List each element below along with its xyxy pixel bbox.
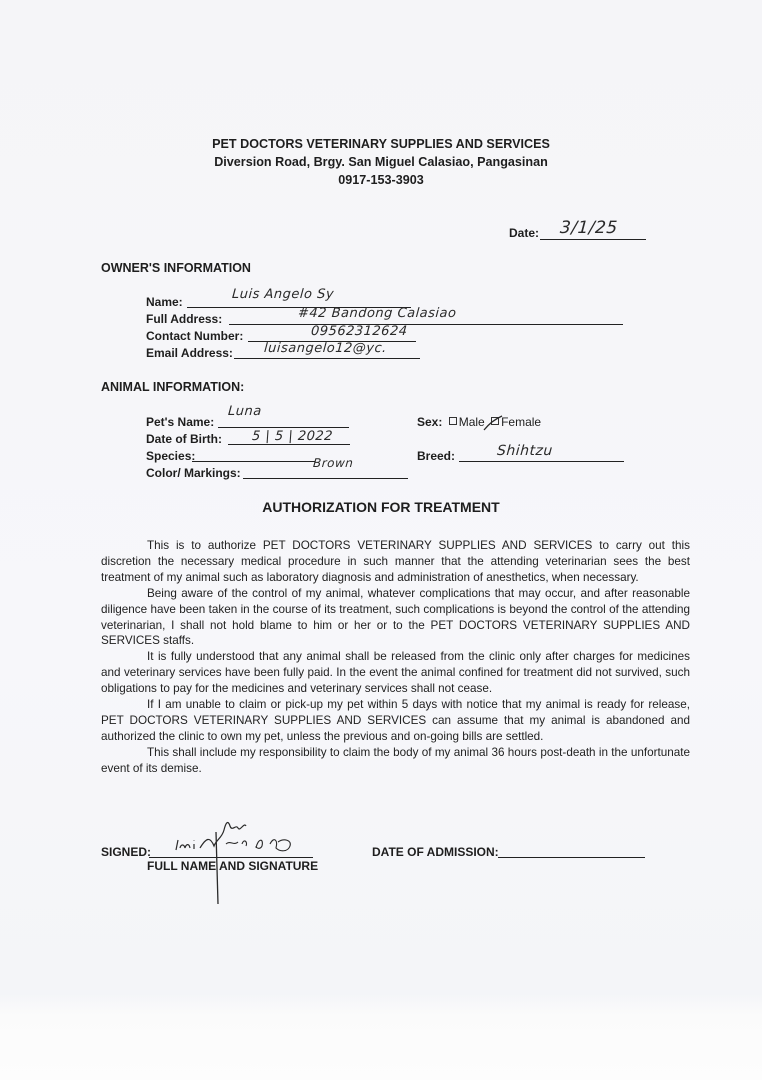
authorization-paragraph: If I am unable to claim or pick-up my pe… bbox=[101, 697, 690, 745]
authorization-body: This is to authorize PET DOCTORS VETERIN… bbox=[101, 538, 690, 777]
species-label: Species: bbox=[146, 449, 195, 463]
contact-number-label: Contact Number: bbox=[146, 329, 243, 343]
owner-address-field[interactable]: #42 Bandong Calasiao bbox=[297, 306, 457, 321]
signature-scribble-icon[interactable] bbox=[170, 818, 320, 906]
breed-line bbox=[459, 461, 624, 462]
color-markings-label: Color/ Markings: bbox=[146, 466, 241, 480]
date-of-admission-line bbox=[498, 857, 645, 858]
sex-field: Sex: Male Female bbox=[417, 415, 541, 429]
date-of-birth-line bbox=[228, 444, 350, 445]
pet-name-line bbox=[218, 427, 349, 428]
authorization-title: AUTHORIZATION FOR TREATMENT bbox=[0, 499, 762, 515]
authorization-paragraph: It is fully understood that any animal s… bbox=[101, 649, 690, 697]
authorization-paragraph: This is to authorize PET DOCTORS VETERIN… bbox=[101, 538, 690, 586]
color-markings-field[interactable]: Brown bbox=[313, 456, 354, 470]
breed-label: Breed: bbox=[417, 449, 455, 463]
owner-address-line bbox=[229, 324, 623, 325]
female-check-mark-icon bbox=[482, 414, 504, 432]
date-of-admission-label: DATE OF ADMISSION: bbox=[372, 845, 499, 859]
date-label: Date: bbox=[509, 226, 539, 240]
owner-name-field[interactable]: Luis Angelo Sy bbox=[231, 287, 334, 302]
contact-number-field[interactable]: 09562312624 bbox=[310, 324, 408, 339]
email-line bbox=[234, 358, 420, 359]
animal-section-title: ANIMAL INFORMATION: bbox=[101, 380, 244, 394]
signed-label: SIGNED: bbox=[101, 845, 151, 859]
owner-section-title: OWNER'S INFORMATION bbox=[101, 261, 251, 275]
email-field[interactable]: luisangelo12@yc. bbox=[263, 341, 387, 356]
date-value[interactable]: 3/1/25 bbox=[559, 218, 618, 238]
breed-field[interactable]: Shihtzu bbox=[496, 443, 553, 459]
business-name: PET DOCTORS VETERINARY SUPPLIES AND SERV… bbox=[0, 136, 762, 154]
sex-female-label: Female bbox=[501, 415, 541, 429]
sex-label: Sex: bbox=[417, 415, 442, 429]
email-label: Email Address: bbox=[146, 346, 233, 360]
treatment-authorization-form: PET DOCTORS VETERINARY SUPPLIES AND SERV… bbox=[0, 0, 762, 1080]
owner-name-label: Name: bbox=[146, 295, 183, 309]
species-line bbox=[192, 461, 315, 462]
date-of-birth-label: Date of Birth: bbox=[146, 432, 222, 446]
pet-name-field[interactable]: Luna bbox=[227, 404, 262, 419]
business-address: Diversion Road, Brgy. San Miguel Calasia… bbox=[0, 154, 762, 172]
date-of-birth-field[interactable]: 5 | 5 | 2022 bbox=[251, 429, 333, 444]
business-phone: 0917-153-3903 bbox=[0, 172, 762, 190]
sex-male-checkbox[interactable] bbox=[449, 417, 457, 425]
pet-name-label: Pet's Name: bbox=[146, 415, 214, 429]
authorization-paragraph: This shall include my responsibility to … bbox=[101, 745, 690, 777]
owner-address-label: Full Address: bbox=[146, 312, 222, 326]
authorization-paragraph: Being aware of the control of my animal,… bbox=[101, 586, 690, 650]
color-markings-line bbox=[243, 478, 408, 479]
date-line bbox=[540, 239, 646, 240]
sex-male-label: Male bbox=[459, 415, 485, 429]
